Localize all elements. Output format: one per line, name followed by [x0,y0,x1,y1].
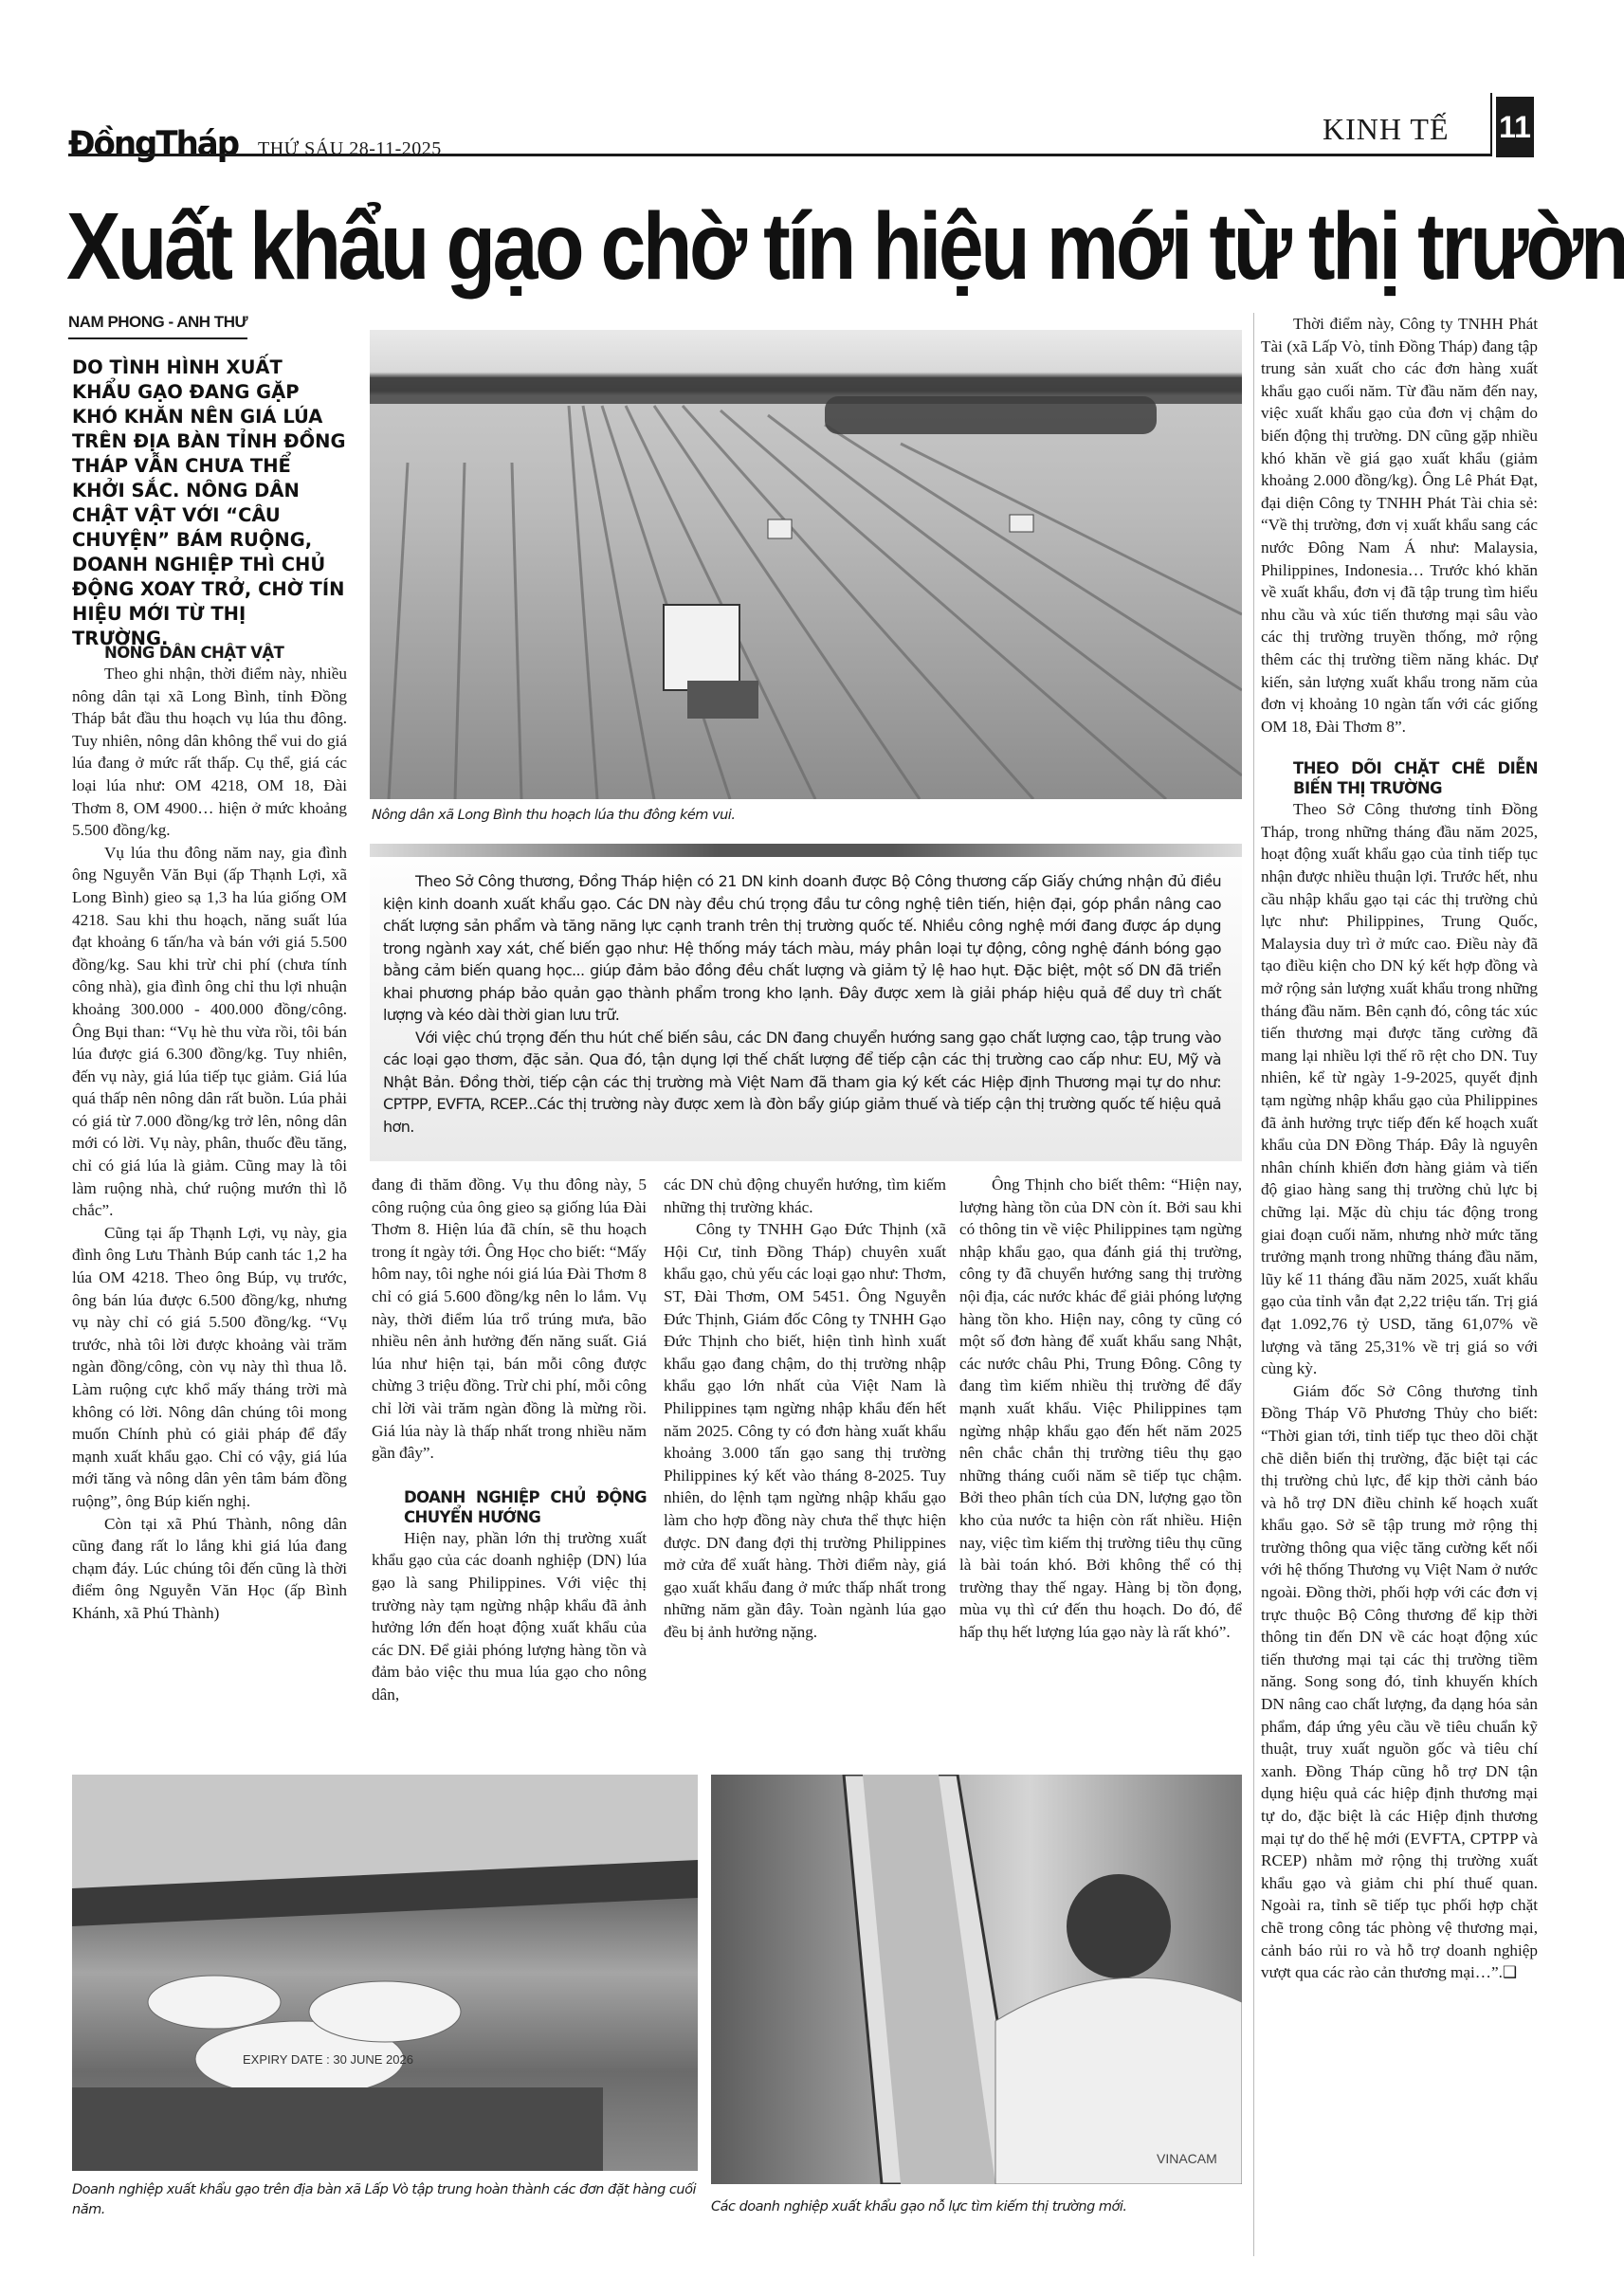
paragraph: Theo Sở Công thương tỉnh Đồng Tháp, tron… [1261,798,1538,1379]
paragraph: Giám đốc Sở Công thương tỉnh Đồng Tháp V… [1261,1380,1538,1984]
photo-rice-bagging: EXPIRY DATE : 30 JUNE 2026 [72,1775,698,2171]
warehouse-illustration: EXPIRY DATE : 30 JUNE 2026 [72,1775,698,2171]
article-column-3: các DN chủ động chuyển hướng, tìm kiếm n… [664,1174,946,1643]
rice-field-illustration [370,330,1242,799]
issue-date: THỨ SÁU 28-11-2025 [258,138,442,160]
boxout-paragraph: Theo Sở Công thương, Đồng Tháp hiện có 2… [383,870,1221,1027]
photo-caption-bottom-left: Doanh nghiệp xuất khẩu gạo trên địa bàn … [72,2180,698,2220]
paragraph: Thời điểm này, Công ty TNHH Phát Tài (xã… [1261,313,1538,738]
photo-caption-top: Nông dân xã Long Bình thu hoạch lúa thu … [372,806,1225,826]
photo-conveyor-worker: VINACAM [711,1775,1242,2184]
boxout-paragraph: Với việc chú trọng đến thu hút chế biến … [383,1027,1221,1139]
paragraph: các DN chủ động chuyển hướng, tìm kiếm n… [664,1174,946,1218]
subhead-theo-doi: THEO DÕI CHẶT CHẼ DIỄN BIẾN THỊ TRƯỜNG [1261,758,1538,798]
paragraph: Theo ghi nhận, thời điểm này, nhiều nông… [72,663,347,842]
page-number: 11 [1496,97,1534,157]
article-column-2: đang đi thăm đồng. Vụ thu đông này, 5 cô… [372,1174,647,1705]
article-column-1: NÔNG DÂN CHẬT VẬT Theo ghi nhận, thời đi… [72,643,347,1625]
newspaper-logo: ĐồngTháp [68,124,238,164]
paragraph: Hiện nay, phần lớn thị trường xuất khẩu … [372,1527,647,1706]
paragraph: Cũng tại ấp Thạnh Lợi, vụ này, gia đình … [72,1222,347,1513]
photo-caption-bottom-right: Các doanh nghiệp xuất khẩu gạo nỗ lực tì… [711,2197,1242,2217]
conveyor-illustration: VINACAM [711,1775,1242,2184]
paragraph: Ông Thịnh cho biết thêm: “Hiện nay, lượn… [959,1174,1242,1643]
article-sapo: DO TÌNH HÌNH XUẤT KHẨU GẠO ĐANG GẶP KHÓ … [72,355,347,651]
info-boxout: Theo Sở Công thương, Đồng Tháp hiện có 2… [370,844,1242,1161]
paragraph: đang đi thăm đồng. Vụ thu đông này, 5 cô… [372,1174,647,1465]
photo-rice-harvest [370,330,1242,799]
article-headline: Xuất khẩu gạo chờ tín hiệu mới từ thị tr… [66,194,1339,299]
harvester-main [664,605,758,719]
paragraph: Vụ lúa thu đông năm nay, gia đình ông Ng… [72,842,347,1222]
masthead-rule [68,154,1492,156]
masthead-divider [1490,93,1492,155]
boxout-bar [370,844,1242,857]
bag-label: VINACAM [1157,2151,1217,2166]
column-separator [1253,313,1254,2256]
bag-label: EXPIRY DATE : 30 JUNE 2026 [243,2052,413,2067]
subhead-doanh-nghiep: DOANH NGHIỆP CHỦ ĐỘNG CHUYỂN HƯỚNG [372,1487,647,1527]
paragraph: Còn tại xã Phú Thành, nông dân cũng đang… [72,1513,347,1625]
paragraph: Công ty TNHH Gạo Đức Thịnh (xã Hội Cư, t… [664,1218,946,1643]
end-mark-icon: ❑ [1503,1963,1517,1981]
byline: NAM PHONG - ANH THƯ [68,313,247,339]
section-name: KINH TẾ [1323,112,1450,147]
article-column-4: Ông Thịnh cho biết thêm: “Hiện nay, lượn… [959,1174,1242,1643]
article-column-5: Thời điểm này, Công ty TNHH Phát Tài (xã… [1261,313,1538,1984]
subhead-nong-dan: NÔNG DÂN CHẬT VẬT [72,643,347,663]
